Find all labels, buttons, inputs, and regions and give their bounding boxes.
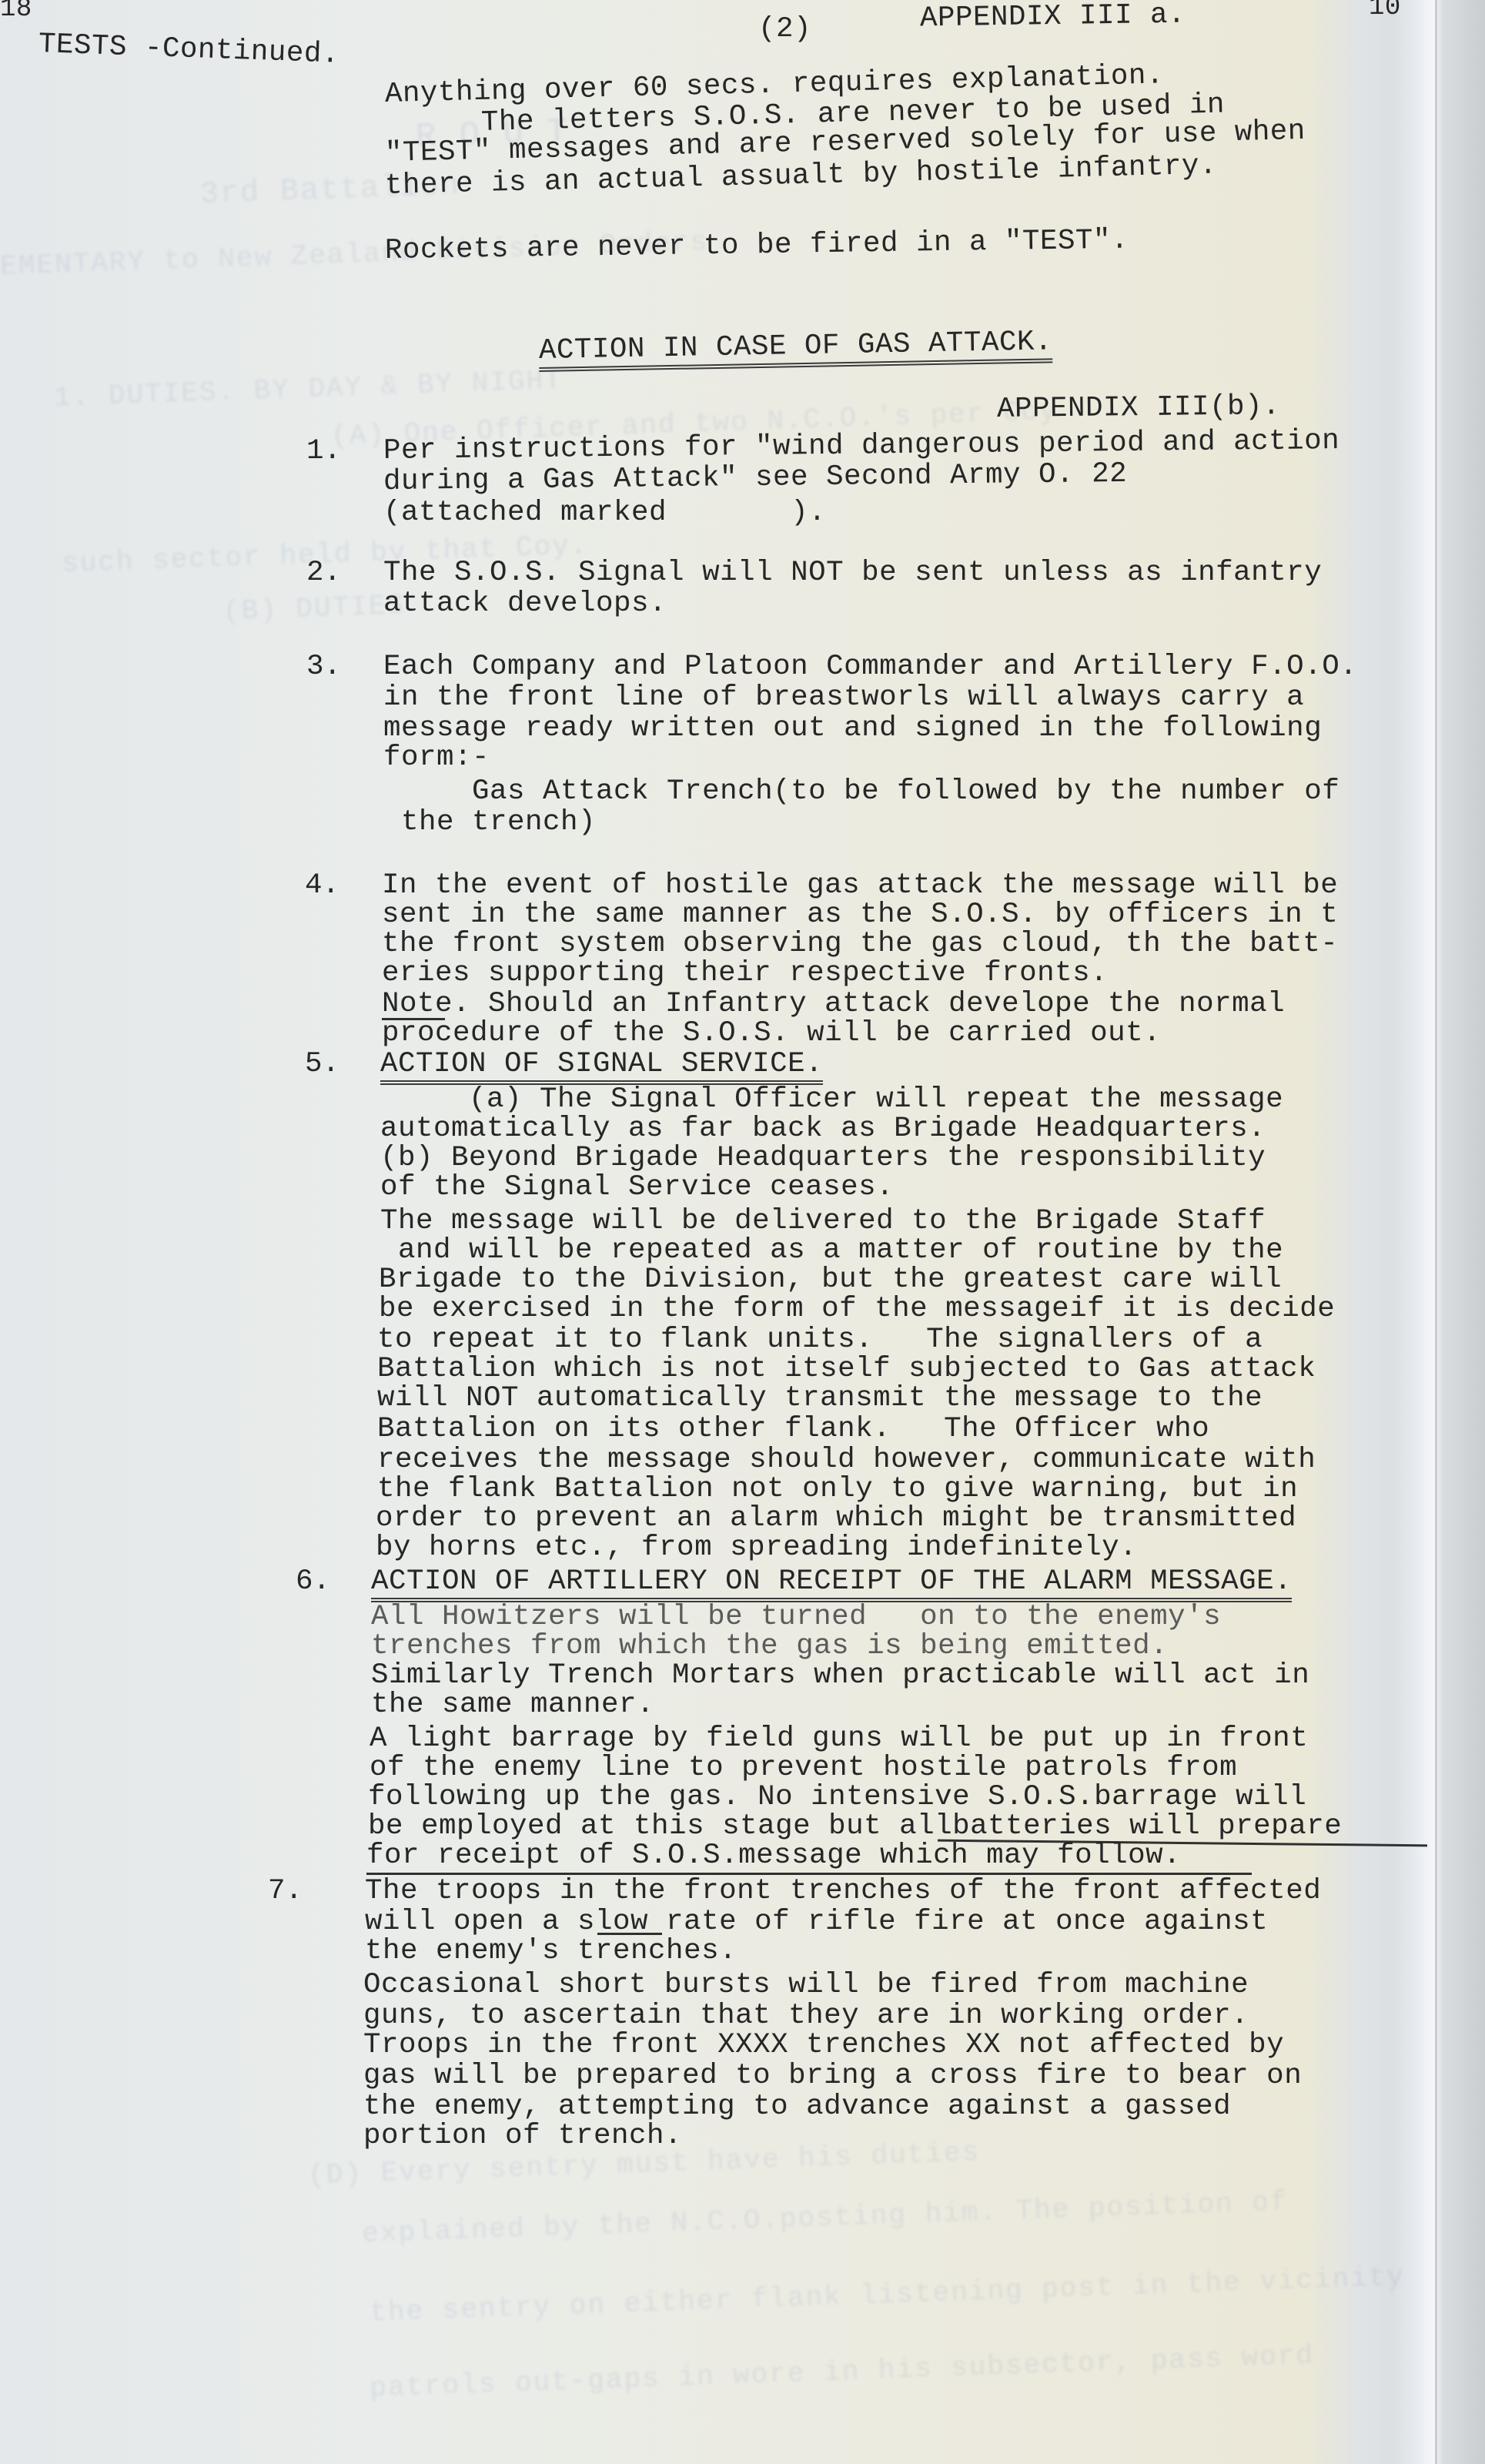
text-line: The message will be delivered to the Bri…: [380, 1206, 1266, 1237]
item-title: ACTION OF SIGNAL SERVICE.: [380, 1049, 823, 1085]
item-number: 5.: [305, 1049, 339, 1080]
text-line: attack develops.: [383, 588, 667, 619]
item-number: 6.: [296, 1566, 330, 1597]
item-number: 1.: [306, 436, 341, 467]
text-line: the flank Battalion not only to give war…: [377, 1474, 1298, 1505]
text-line: Occasional short bursts will be fired fr…: [363, 1970, 1249, 2000]
text-line: order to prevent an alarm which might be…: [376, 1503, 1296, 1534]
text-line: Similarly Trench Mortars when practicabl…: [371, 1660, 1309, 1691]
text-line: eries supporting their respective fronts…: [382, 958, 1108, 989]
paper-edge-line: [1435, 0, 1437, 2464]
ghost-text: the sentry on either flank listening pos…: [370, 2261, 1406, 2329]
text-line: form:-: [383, 742, 490, 773]
text-line: automatically as far back as Brigade Hea…: [380, 1113, 1266, 1144]
text-line: Each Company and Platoon Commander and A…: [383, 651, 1357, 682]
text-line: In the event of hostile gas attack the m…: [382, 870, 1338, 901]
item-number: 3.: [306, 651, 341, 682]
text-line: Note. Should an Infantry attack develope…: [382, 989, 1285, 1019]
text-line: the trench): [383, 807, 596, 838]
item-number: 7.: [268, 1876, 303, 1907]
text-line: of the enemy line to prevent hostile pat…: [370, 1753, 1237, 1783]
text-line: receives the message should however, com…: [377, 1445, 1316, 1475]
text-line: gas will be prepared to bring a cross fi…: [363, 2061, 1302, 2091]
text-line: procedure of the S.O.S. will be carried …: [382, 1018, 1161, 1049]
corner-page-number-right: 10: [1369, 0, 1401, 23]
text-line: Troops in the front XXXX trenches XX not…: [363, 2030, 1284, 2061]
text-line: All Howitzers will be turned on to the e…: [371, 1602, 1221, 1632]
page-marker: (2): [758, 14, 811, 45]
text-line: A light barrage by field guns will be pu…: [370, 1723, 1308, 1754]
ghost-text: (B) DUTIES: [222, 590, 405, 628]
text-line: Brigade to the Division, but the greates…: [379, 1264, 1282, 1295]
section-continued-label: TESTS -Continued.: [38, 29, 339, 71]
text-line: and will be repeated as a matter of rout…: [380, 1235, 1283, 1266]
text-line: Rockets are never to be fired in a "TEST…: [385, 226, 1129, 266]
text-line: guns, to ascertain that they are in work…: [363, 2000, 1249, 2031]
text-line: (b) Beyond Brigade Headquarters the resp…: [380, 1143, 1266, 1173]
item-number: 4.: [305, 870, 339, 901]
text-line: for receipt of S.O.S.message which may f…: [366, 1840, 1181, 1871]
text-line: message ready written out and signed in …: [383, 713, 1322, 744]
text-line: The troops in the front trenches of the …: [365, 1876, 1321, 1907]
text-line: portion of trench.: [363, 2121, 682, 2151]
text-line: Battalion on its other flank. The Office…: [377, 1414, 1209, 1445]
ghost-text: 1. DUTIES. BY DAY & BY NIGHT: [53, 364, 563, 413]
text-line: following up the gas. No intensive S.O.S…: [368, 1782, 1306, 1813]
text-line: the same manner.: [371, 1689, 654, 1720]
text-line: Gas Attack Trench(to be followed by the …: [383, 776, 1340, 807]
text-line: the enemy's trenches.: [365, 1936, 737, 1967]
text-line: by horns etc., from spreading indefinite…: [376, 1532, 1137, 1563]
text-line: during a Gas Attack" see Second Army O. …: [383, 459, 1128, 497]
item-title: ACTION OF ARTILLERY ON RECEIPT OF THE AL…: [371, 1566, 1292, 1602]
text-line: sent in the same manner as the S.O.S. by…: [382, 899, 1338, 930]
text-line: (a) The Signal Officer will repeat the m…: [380, 1084, 1283, 1115]
text-line: trenches from which the gas is being emi…: [371, 1631, 1168, 1662]
text-line: in the front line of breastworls will al…: [383, 682, 1304, 713]
text-line: be exercised in the form of the messagei…: [379, 1294, 1335, 1324]
paper-edge: [1393, 0, 1485, 2464]
section-heading: ACTION IN CASE OF GAS ATTACK.: [539, 326, 1053, 372]
ghost-text: patrols out-gaps in wore in his subsecto…: [370, 2340, 1315, 2405]
text-line: will open a slow rate of rifle fire at o…: [365, 1907, 1268, 1937]
appendix-subheading: APPENDIX III(b).: [997, 391, 1280, 425]
corner-page-number-left: 18: [0, 0, 32, 25]
text-line: the enemy, attempting to advance against…: [363, 2091, 1231, 2122]
ghost-text: explained by the N.C.O.posting him. The …: [362, 2186, 1289, 2250]
text-line: will NOT automatically transmit the mess…: [377, 1383, 1263, 1414]
item-number: 2.: [306, 557, 341, 588]
text-line: of the Signal Service ceases.: [380, 1172, 894, 1203]
text-line: (attached marked ).: [383, 497, 826, 528]
appendix-header: APPENDIX III a.: [920, 0, 1186, 34]
text-line: Battalion which is not itself subjected …: [377, 1354, 1316, 1384]
text-line: to repeat it to flank units. The signall…: [377, 1324, 1263, 1355]
text-line: the front system observing the gas cloud…: [382, 929, 1338, 959]
text-line: The S.O.S. Signal will NOT be sent unles…: [383, 557, 1322, 588]
text-line: be employed at this stage but allbatteri…: [368, 1811, 1342, 1842]
